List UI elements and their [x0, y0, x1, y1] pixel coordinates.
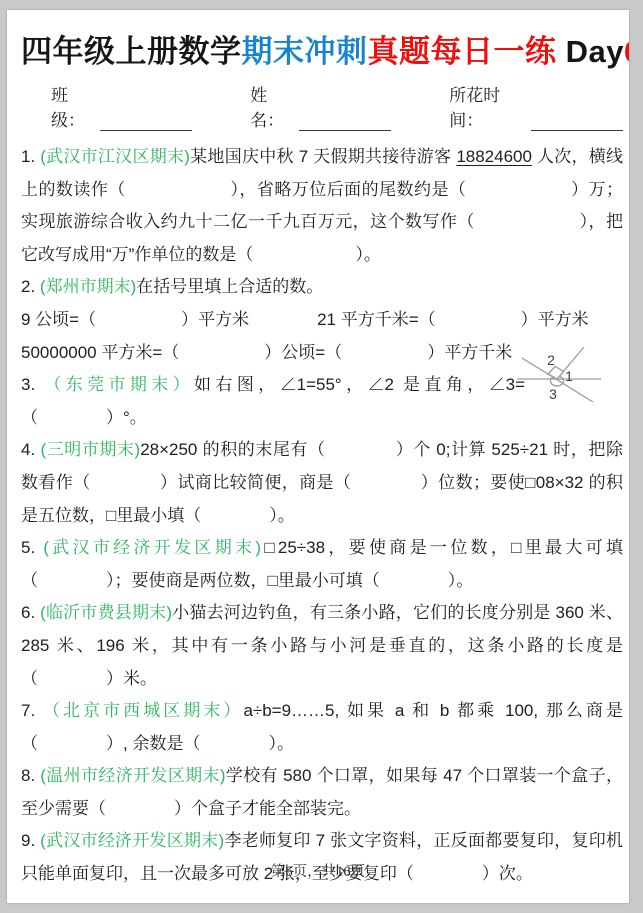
question-3-number: 3.: [21, 375, 35, 394]
question-6-number: 6.: [21, 603, 35, 622]
title-grade-part: 四年级上册数学: [21, 34, 242, 69]
question-1-text: 某地国庆中秋 7 天假期共接待游客: [190, 147, 456, 166]
question-5-number: 5.: [21, 538, 35, 557]
angle-1-label: 1: [565, 368, 573, 384]
title-exam-part: 真题每日一练: [368, 34, 557, 69]
time-spent-label: 所花时间：: [449, 81, 531, 131]
question-5-source-tag: (武汉市经济开发区期末): [43, 538, 261, 557]
diagonal-line: [522, 358, 593, 402]
page-title: 四年级上册数学期末冲刺真题每日一练 Day6: [21, 26, 623, 71]
name-blank-line: [299, 111, 391, 131]
question-7-number: 7.: [21, 701, 35, 720]
time-spent-blank-line: [531, 111, 623, 131]
angle-2-label: 2: [547, 352, 555, 368]
student-info-row: 班级： 姓名： 所花时间：: [21, 81, 623, 131]
page-content: 四年级上册数学期末冲刺真题每日一练 Day6 班级： 姓名： 所花时间： 1. …: [7, 26, 629, 891]
class-field: 班级：: [51, 81, 192, 131]
question-4-number: 4.: [21, 440, 35, 459]
page-number-info: 第6页，共16页: [271, 864, 365, 880]
question-6: 6. (临沂市费县期末)小猫去河边钓鱼，有三条小路，它们的长度分别是 360 米…: [21, 597, 623, 695]
class-blank-line: [100, 111, 192, 131]
question-7-source-tag: （北京市西城区期末）: [43, 701, 243, 720]
question-8-number: 8.: [21, 766, 35, 785]
question-2-intro: 在括号里填上合适的数。: [136, 277, 323, 296]
angle-3-label: 3: [549, 386, 557, 402]
question-3-source-tag: （东莞市期末）: [44, 375, 194, 394]
question-3: 3. （东莞市期末）如右图，∠1=55°，∠2 是直角，∠3=（ ）°。 2 1…: [21, 369, 623, 434]
time-spent-field: 所花时间：: [449, 81, 623, 131]
question-4: 4. (三明市期末)28×250 的积的末尾有（ ）个 0;计算 525÷21 …: [21, 434, 623, 532]
question-2-number: 2.: [21, 277, 35, 296]
question-2-source-tag: (郑州市期末): [40, 277, 136, 296]
page-footer: 第6页，共16页: [7, 860, 629, 881]
question-8: 8. (温州市经济开发区期末)学校有 580 个口罩，如果每 47 个口罩装一个…: [21, 760, 623, 825]
question-1-source-tag: (武汉市江汉区期末): [40, 147, 190, 166]
name-field: 姓名：: [250, 81, 391, 131]
title-day-number: 6: [624, 34, 629, 69]
question-1-number: 1.: [21, 147, 35, 166]
angle-diagram: 2 1 3: [517, 331, 623, 423]
question-2-conversion-row-1: 9 公顷=（ ）平方米 21 平方千米=（ ）平方米: [21, 310, 589, 329]
question-6-source-tag: (临沂市费县期末): [40, 603, 172, 622]
question-8-source-tag: (温州市经济开发区期末): [40, 766, 225, 785]
question-1-underlined-number: 18824600: [456, 147, 532, 166]
question-9-number: 9.: [21, 831, 35, 850]
name-label: 姓名：: [250, 81, 299, 131]
class-label: 班级：: [51, 81, 100, 131]
question-4-source-tag: (三明市期末): [40, 440, 140, 459]
worksheet-page: 四年级上册数学期末冲刺真题每日一练 Day6 班级： 姓名： 所花时间： 1. …: [7, 10, 629, 903]
title-sprint-part: 期末冲刺: [242, 34, 368, 69]
question-5: 5. (武汉市经济开发区期末)□25÷38，要使商是一位数，□里最大可填（ ）；…: [21, 532, 623, 597]
question-2-conversion-row-2: 50000000 平方米=（ ）公顷=（ ）平方千米: [21, 343, 512, 362]
question-7: 7. （北京市西城区期末）a÷b=9……5, 如果 a 和 b 都乘 100, …: [21, 695, 623, 760]
question-1: 1. (武汉市江汉区期末)某地国庆中秋 7 天假期共接待游客 18824600 …: [21, 141, 623, 271]
title-day-label: Day: [557, 34, 624, 69]
question-9-source-tag: (武汉市经济开发区期末): [40, 831, 224, 850]
